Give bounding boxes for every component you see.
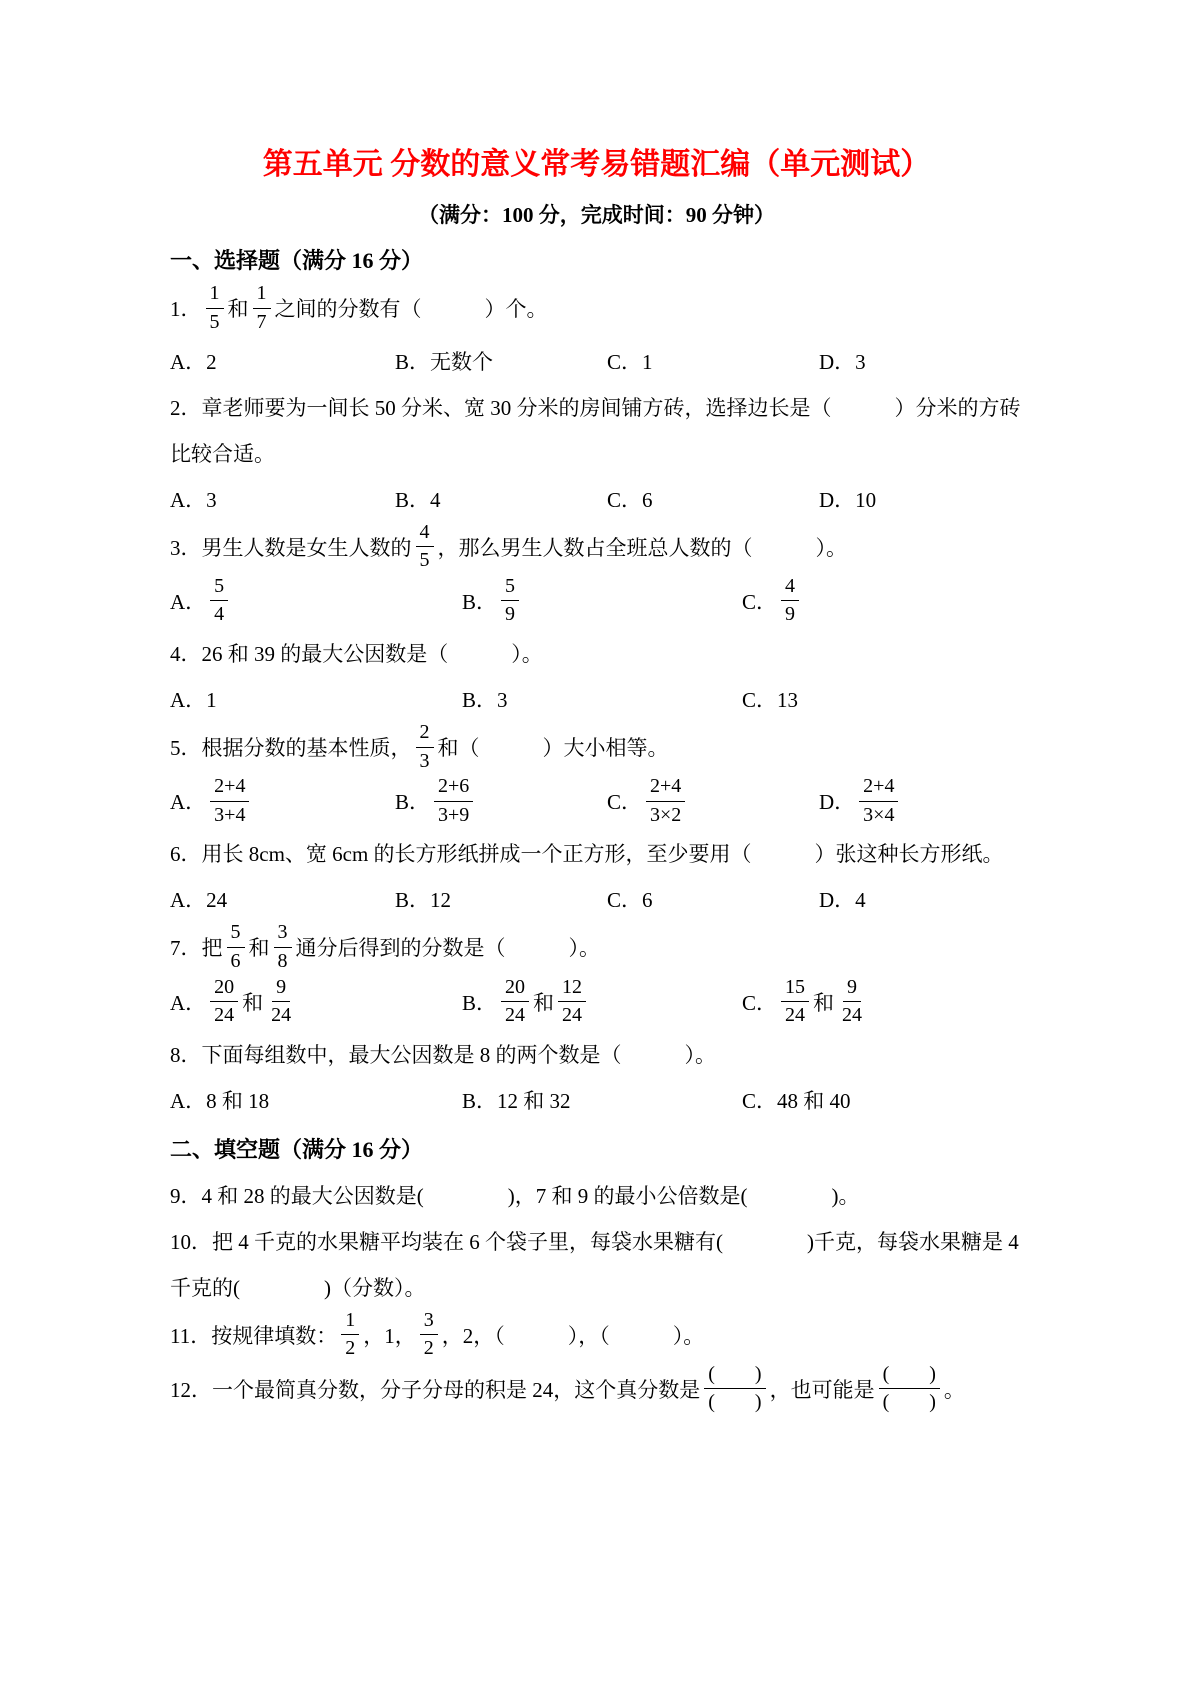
fraction-denominator: 5 (416, 547, 434, 574)
question-line: 9．4 和 28 的最大公因数是( )，7 和 9 的最小公倍数是( )。 (170, 1173, 1023, 1219)
option-item: A．1 (170, 677, 462, 723)
text-run: 和 (533, 990, 554, 1014)
option-item: B．4 (395, 477, 607, 523)
option-item: C．1 (607, 339, 819, 385)
text-run: 11．按规律填数： (170, 1324, 337, 1348)
fraction: 2+43×2 (646, 774, 685, 828)
text-run: A．3 (170, 488, 217, 512)
text-run: 和 (813, 990, 834, 1014)
fraction: 56 (227, 920, 245, 974)
fraction-numerator: 20 (501, 975, 529, 1003)
fraction-numerator: 5 (210, 574, 228, 602)
option-item: C．48 和 40 (742, 1078, 1023, 1124)
text-run: C．48 和 40 (742, 1089, 851, 1113)
option-item: A．8 和 18 (170, 1078, 462, 1124)
text-run: B．3 (462, 688, 508, 712)
question-line: 11．按规律填数：12，1，32，2，（ ），（ ）。 (170, 1311, 1023, 1365)
fraction-denominator: 2 (341, 1335, 359, 1362)
text-run: 通分后得到的分数是（ ）。 (296, 936, 601, 960)
fraction-numerator: 2 (416, 720, 434, 748)
fraction-numerator: 4 (781, 574, 799, 602)
text-run: B．12 和 32 (462, 1089, 571, 1113)
text-run: A．1 (170, 688, 217, 712)
text-run: C．6 (607, 888, 653, 912)
text-run: B． (462, 590, 497, 614)
question-line: 2．章老师要为一间长 50 分米、宽 30 分米的房间铺方砖，选择边长是（ ）分… (170, 385, 1023, 477)
fraction-numerator: ( ) (704, 1362, 765, 1390)
option-item: D．4 (819, 877, 1023, 923)
fraction-denominator: 9 (781, 601, 799, 628)
text-run: B．无数个 (395, 350, 493, 374)
option-item: D．10 (819, 477, 1023, 523)
text-run: 2．章老师要为一间长 50 分米、宽 30 分米的房间铺方砖，选择边长是（ ）分… (170, 396, 1021, 466)
text-run: A． (170, 790, 206, 814)
text-run: ，1， (363, 1324, 416, 1348)
fraction-denominator: 3 (416, 748, 434, 775)
text-run: D．4 (819, 888, 866, 912)
fraction-numerator: 9 (272, 975, 290, 1003)
fraction-denominator: 24 (501, 1002, 529, 1029)
fraction-denominator: 24 (558, 1002, 586, 1029)
text-run: A．2 (170, 350, 217, 374)
fraction-numerator: 2+4 (646, 774, 685, 802)
document-subtitle: （满分：100 分，完成时间：90 分钟） (170, 201, 1023, 230)
text-run: A．8 和 18 (170, 1089, 269, 1113)
option-item: B．3 (462, 677, 742, 723)
fraction-numerator: 12 (558, 975, 586, 1003)
option-item: C．1524和924 (742, 978, 1023, 1032)
options-row: A．2024和924B．2024和1224C．1524和924 (170, 978, 1023, 1032)
fraction-denominator: 24 (781, 1002, 809, 1029)
fraction-denominator: 4 (210, 601, 228, 628)
fraction-denominator: 24 (267, 1002, 295, 1029)
fraction: 924 (838, 975, 866, 1029)
fraction-denominator: 9 (501, 601, 519, 628)
fraction-numerator: 15 (781, 975, 809, 1003)
text-run: 和 (249, 936, 270, 960)
option-item: D．2+43×4 (819, 777, 1023, 831)
fraction-denominator: 3×4 (859, 802, 898, 829)
option-item: D．3 (819, 339, 1023, 385)
text-run: D．10 (819, 488, 876, 512)
fraction-denominator: ( ) (879, 1389, 940, 1416)
fraction-denominator: 5 (206, 309, 224, 336)
text-run: 之间的分数有（ ）个。 (275, 297, 548, 321)
text-run: 和 (242, 990, 263, 1014)
text-run: ，2，（ ），（ ）。 (442, 1324, 705, 1348)
option-item: C．6 (607, 877, 819, 923)
text-run: 。 (944, 1378, 965, 1402)
text-run: A． (170, 990, 206, 1014)
text-run: 12．一个最简真分数，分子分母的积是 24，这个真分数是 (170, 1378, 700, 1402)
fraction-numerator: 5 (227, 920, 245, 948)
option-item: B．12 和 32 (462, 1078, 742, 1124)
option-item: A．54 (170, 577, 462, 631)
fraction-denominator: ( ) (704, 1389, 765, 1416)
fraction-numerator: 2+4 (210, 774, 249, 802)
fraction-numerator: 3 (420, 1308, 438, 1336)
fraction-numerator: 1 (206, 281, 224, 309)
fraction: 2+43×4 (859, 774, 898, 828)
option-item: A．2 (170, 339, 395, 385)
fraction-denominator: 7 (253, 309, 271, 336)
fraction-denominator: 3+4 (210, 802, 249, 829)
fraction: 1224 (558, 975, 586, 1029)
fraction: 2+63+9 (434, 774, 473, 828)
text-run: A．24 (170, 888, 227, 912)
fraction-numerator: 2+4 (859, 774, 898, 802)
options-row: A．1B．3C．13 (170, 677, 1023, 723)
fraction-denominator: 3×2 (646, 802, 685, 829)
options-row: A．8 和 18B．12 和 32C．48 和 40 (170, 1078, 1023, 1124)
option-item: B．2+63+9 (395, 777, 607, 831)
text-run: ，也可能是 (770, 1378, 875, 1402)
fraction-numerator: 2+6 (434, 774, 473, 802)
fraction-numerator: 20 (210, 975, 238, 1003)
fraction-numerator: 1 (253, 281, 271, 309)
option-item: C．2+43×2 (607, 777, 819, 831)
question-line: 1．15和17之间的分数有（ ）个。 (170, 284, 1023, 338)
text-run: 6．用长 8cm、宽 6cm 的长方形纸拼成一个正方形，至少要用（ ）张这种长方… (170, 842, 1004, 866)
section-heading: 二、填空题（满分 16 分） (170, 1127, 1023, 1173)
text-run: B．4 (395, 488, 441, 512)
document-title: 第五单元 分数的意义常考易错题汇编（单元测试） (170, 145, 1023, 184)
text-run: 3．男生人数是女生人数的 (170, 535, 412, 559)
question-line: 10．把 4 千克的水果糖平均装在 6 个袋子里，每袋水果糖有( )千克，每袋水… (170, 1219, 1023, 1311)
fraction: 45 (416, 520, 434, 574)
text-run: A． (170, 590, 206, 614)
fraction: 924 (267, 975, 295, 1029)
options-row: A．24B．12C．6D．4 (170, 877, 1023, 923)
fraction: ( )( ) (704, 1362, 765, 1416)
options-row: A．3B．4C．6D．10 (170, 477, 1023, 523)
text-run: C．6 (607, 488, 653, 512)
option-item: B．59 (462, 577, 742, 631)
fraction: ( )( ) (879, 1362, 940, 1416)
fraction-denominator: 24 (210, 1002, 238, 1029)
text-run: 7．把 (170, 936, 223, 960)
option-item: A．3 (170, 477, 395, 523)
fraction-denominator: 8 (274, 948, 292, 975)
text-run: D． (819, 790, 855, 814)
text-run: 10．把 4 千克的水果糖平均装在 6 个袋子里，每袋水果糖有( )千克，每袋水… (170, 1230, 1024, 1300)
question-line: 4．26 和 39 的最大公因数是（ ）。 (170, 631, 1023, 677)
question-line: 3．男生人数是女生人数的45，那么男生人数占全班总人数的（ ）。 (170, 523, 1023, 577)
text-run: 1． (170, 297, 202, 321)
fraction: 2024 (210, 975, 238, 1029)
text-run: B． (395, 790, 430, 814)
fraction: 1524 (781, 975, 809, 1029)
fraction-numerator: 3 (274, 920, 292, 948)
options-row: A．2B．无数个C．1D．3 (170, 339, 1023, 385)
fraction: 2+43+4 (210, 774, 249, 828)
fraction-denominator: 24 (838, 1002, 866, 1029)
fraction: 15 (206, 281, 224, 335)
text-run: C． (742, 990, 777, 1014)
fraction: 54 (210, 574, 228, 628)
fraction: 38 (274, 920, 292, 974)
text-run: 5．根据分数的基本性质， (170, 736, 412, 760)
option-item: B．无数个 (395, 339, 607, 385)
fraction: 49 (781, 574, 799, 628)
text-run: 4．26 和 39 的最大公因数是（ ）。 (170, 642, 543, 666)
question-line: 6．用长 8cm、宽 6cm 的长方形纸拼成一个正方形，至少要用（ ）张这种长方… (170, 831, 1023, 877)
text-run: ，那么男生人数占全班总人数的（ ）。 (438, 535, 848, 559)
fraction: 23 (416, 720, 434, 774)
fraction-numerator: ( ) (879, 1362, 940, 1390)
fraction: 12 (341, 1308, 359, 1362)
fraction: 2024 (501, 975, 529, 1029)
text-run: 和 (228, 297, 249, 321)
text-run: B．12 (395, 888, 451, 912)
option-item: A．2+43+4 (170, 777, 395, 831)
text-run: B． (462, 990, 497, 1014)
text-run: 和（ ）大小相等。 (438, 736, 669, 760)
text-run: 9．4 和 28 的最大公因数是( )，7 和 9 的最小公倍数是( )。 (170, 1184, 859, 1208)
text-run: 8．下面每组数中，最大公因数是 8 的两个数是（ ）。 (170, 1043, 716, 1067)
fraction-denominator: 6 (227, 948, 245, 975)
fraction-numerator: 5 (501, 574, 519, 602)
fraction-numerator: 1 (341, 1308, 359, 1336)
options-row: A．54B．59C．49 (170, 577, 1023, 631)
fraction-numerator: 4 (416, 520, 434, 548)
options-row: A．2+43+4B．2+63+9C．2+43×2D．2+43×4 (170, 777, 1023, 831)
option-item: A．2024和924 (170, 978, 462, 1032)
text-run: C．13 (742, 688, 798, 712)
section-heading: 一、选择题（满分 16 分） (170, 238, 1023, 284)
text-run: C． (742, 590, 777, 614)
fraction-numerator: 9 (843, 975, 861, 1003)
option-item: A．24 (170, 877, 395, 923)
question-line: 7．把56和38通分后得到的分数是（ ）。 (170, 923, 1023, 977)
fraction-denominator: 3+9 (434, 802, 473, 829)
fraction: 32 (420, 1308, 438, 1362)
question-line: 12．一个最简真分数，分子分母的积是 24，这个真分数是( )( )，也可能是(… (170, 1365, 1023, 1419)
text-run: C．1 (607, 350, 653, 374)
text-run: D．3 (819, 350, 866, 374)
fraction-denominator: 2 (420, 1335, 438, 1362)
option-item: C．49 (742, 577, 1023, 631)
question-line: 8．下面每组数中，最大公因数是 8 的两个数是（ ）。 (170, 1032, 1023, 1078)
option-item: B．12 (395, 877, 607, 923)
option-item: C．6 (607, 477, 819, 523)
option-item: B．2024和1224 (462, 978, 742, 1032)
option-item: C．13 (742, 677, 1023, 723)
question-line: 5．根据分数的基本性质，23和（ ）大小相等。 (170, 723, 1023, 777)
fraction: 59 (501, 574, 519, 628)
text-run: C． (607, 790, 642, 814)
document-page: 第五单元 分数的意义常考易错题汇编（单元测试） （满分：100 分，完成时间：9… (0, 0, 1191, 1684)
document-content: 一、选择题（满分 16 分）1．15和17之间的分数有（ ）个。A．2B．无数个… (170, 238, 1023, 1419)
fraction: 17 (253, 281, 271, 335)
